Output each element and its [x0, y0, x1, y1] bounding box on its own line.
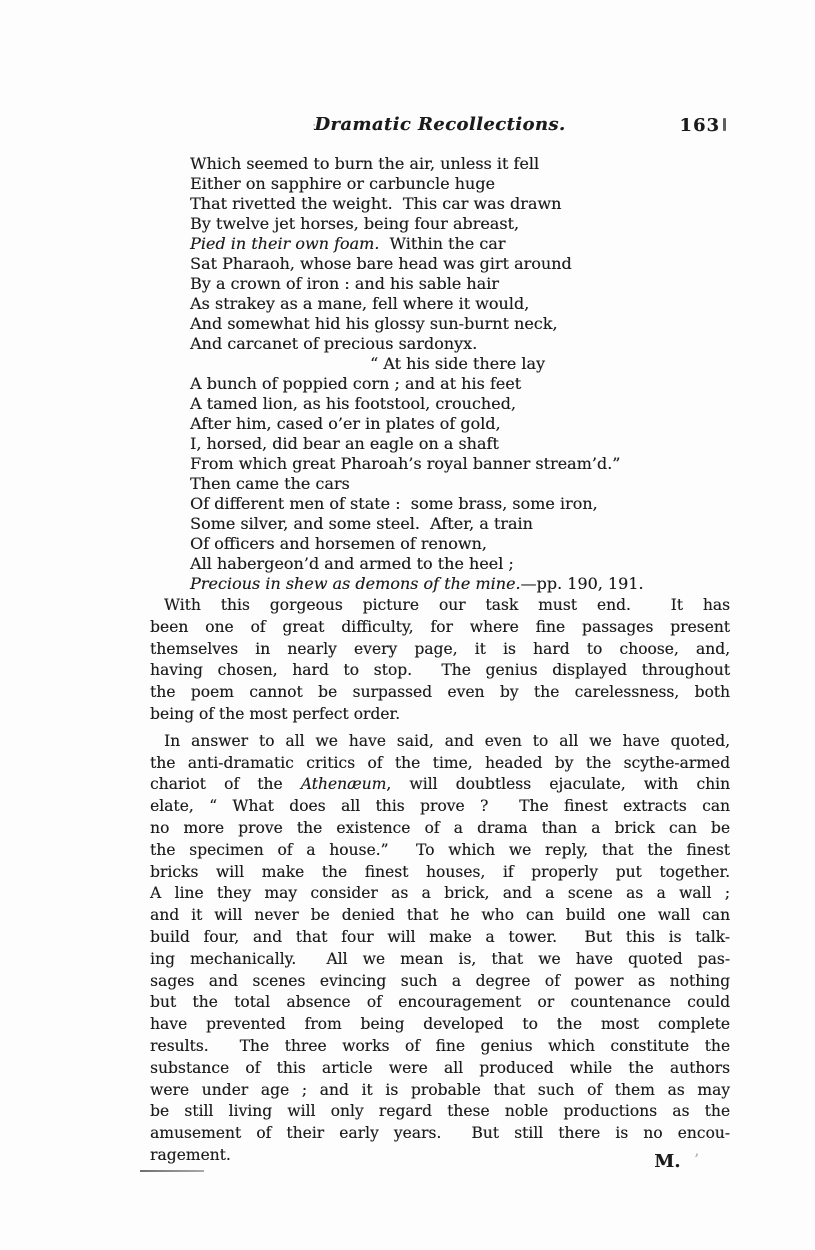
text-run: amusement of their early years. But stil… [150, 1124, 730, 1142]
author-signature: M. [654, 1151, 680, 1172]
paragraph-line: the poem cannot be surpassed even by the… [150, 682, 730, 704]
poem-extract: Which seemed to burn the air, unless it … [150, 154, 730, 594]
text-run: By twelve jet horses, being four abreast… [190, 214, 519, 233]
text-run: Of different men of state : some brass, … [190, 494, 598, 513]
poem-line: Sat Pharaoh, whose bare head was girt ar… [190, 254, 730, 274]
text-run: That rivetted the weight. This car was d… [190, 194, 561, 213]
paragraph-line: no more prove the existence of a drama t… [150, 818, 730, 840]
paragraph-line: having chosen, hard to stop. The genius … [150, 660, 730, 682]
text-run: And somewhat hid his glossy sun-burnt ne… [190, 314, 558, 333]
text-run: Sat Pharaoh, whose bare head was girt ar… [190, 254, 572, 273]
text-run: being of the most perfect order. [150, 705, 400, 723]
poem-line: Some silver, and some steel. After, a tr… [190, 514, 730, 534]
text-run: I, horsed, did bear an eagle on a shaft [190, 434, 499, 453]
poem-line: Which seemed to burn the air, unless it … [190, 154, 730, 174]
text-run: After him, cased o’er in plates of gold, [190, 414, 501, 433]
text-run: elate, “ What does all this prove ? The … [150, 797, 730, 815]
text-block: : Dramatic Recollections. 163 Which seem… [150, 114, 730, 1177]
scanned-book-page: { "page": { "background": "#fdfdfd", "in… [0, 0, 815, 1250]
paragraph-line: were under age ; and it is probable that… [150, 1080, 730, 1102]
paragraph-line: A line they may consider as a brick, and… [150, 883, 730, 905]
paragraph-line: been one of great difficulty, for where … [150, 617, 730, 639]
poem-line: All habergeon’d and armed to the heel ; [190, 554, 730, 574]
paragraph-line: being of the most perfect order. [150, 704, 730, 726]
poem-line: Either on sapphire or carbuncle huge [190, 174, 730, 194]
paragraph-line: and it will never be denied that he who … [150, 905, 730, 927]
text-run: , will doubtless ejaculate, with chin [386, 775, 730, 793]
poem-line: After him, cased o’er in plates of gold, [190, 414, 730, 434]
text-run: And carcanet of precious sardonyx. [190, 334, 477, 353]
text-run: the poem cannot be surpassed even by the… [150, 683, 730, 701]
poem-line: I, horsed, did bear an eagle on a shaft [190, 434, 730, 454]
review-body: With this gorgeous picture our task must… [150, 595, 730, 1167]
text-run: results. The three works of fine genius … [150, 1037, 730, 1055]
poem-line: “ At his side there lay [190, 354, 730, 374]
poem-line: A bunch of poppied corn ; and at his fee… [190, 374, 730, 394]
scan-speck: : [312, 119, 316, 134]
paragraph: In answer to all we have said, and even … [150, 731, 730, 1167]
text-run: By a crown of iron : and his sable hair [190, 274, 499, 293]
paragraph-line: ing mechanically. All we mean is, that w… [150, 949, 730, 971]
paragraph-line: results. The three works of fine genius … [150, 1036, 730, 1058]
text-run: build four, and that four will make a to… [150, 928, 730, 946]
text-run: Within the car [379, 234, 505, 253]
text-run: been one of great difficulty, for where … [150, 618, 730, 636]
text-run: themselves in nearly every page, it is h… [150, 640, 730, 658]
paragraph-line: bricks will make the finest houses, if p… [150, 862, 730, 884]
text-run: the anti-dramatic critics of the time, h… [150, 754, 730, 772]
page-number: 163 [679, 115, 720, 136]
scan-speck: ’ [694, 1152, 699, 1167]
text-run: chariot of the [150, 775, 301, 793]
ink-smudge [723, 118, 726, 131]
text-run: A bunch of poppied corn ; and at his fee… [190, 374, 521, 393]
running-header: : Dramatic Recollections. 163 [150, 114, 730, 138]
page-header-title: Dramatic Recollections. [150, 114, 730, 135]
text-run: In answer to all we have said, and even … [164, 732, 730, 750]
paragraph-line: the anti-dramatic critics of the time, h… [150, 753, 730, 775]
text-run: but the total absence of encouragement o… [150, 993, 730, 1011]
text-run: sages and scenes evincing such a degree … [150, 972, 730, 990]
footnote-rule [140, 1170, 204, 1172]
paragraph-line: themselves in nearly every page, it is h… [150, 639, 730, 661]
italic-text-run: Precious in shew as demons of the mine. [190, 574, 521, 593]
poem-line: By twelve jet horses, being four abreast… [190, 214, 730, 234]
paragraph-line: sages and scenes evincing such a degree … [150, 971, 730, 993]
text-run: bricks will make the finest houses, if p… [150, 863, 730, 881]
paragraph-line: substance of this article were all produ… [150, 1058, 730, 1080]
paragraph-line: build four, and that four will make a to… [150, 927, 730, 949]
paragraph-line: amusement of their early years. But stil… [150, 1123, 730, 1145]
text-run: Which seemed to burn the air, unless it … [190, 154, 539, 173]
italic-text-run: Pied in their own foam. [190, 234, 379, 253]
text-run: the specimen of a house.” To which we re… [150, 841, 730, 859]
text-run: were under age ; and it is probable that… [150, 1081, 730, 1099]
text-run: Either on sapphire or carbuncle huge [190, 174, 495, 193]
paragraph-line: elate, “ What does all this prove ? The … [150, 796, 730, 818]
paragraph-line: the specimen of a house.” To which we re… [150, 840, 730, 862]
footer: M.’ [150, 1151, 730, 1177]
text-run: —pp. 190, 191. [521, 574, 644, 593]
text-run: ing mechanically. All we mean is, that w… [150, 950, 730, 968]
paragraph-line: With this gorgeous picture our task must… [150, 595, 730, 617]
paragraph-line: In answer to all we have said, and even … [150, 731, 730, 753]
poem-line: A tamed lion, as his footstool, crouched… [190, 394, 730, 414]
text-run: no more prove the existence of a drama t… [150, 819, 730, 837]
poem-line: Of different men of state : some brass, … [190, 494, 730, 514]
poem-line: Precious in shew as demons of the mine.—… [190, 574, 730, 594]
text-run: and it will never be denied that he who … [150, 906, 730, 924]
text-run: From which great Pharoah’s royal banner … [190, 454, 620, 473]
text-run: “ At his side there lay [370, 354, 545, 373]
paragraph-line: but the total absence of encouragement o… [150, 992, 730, 1014]
poem-line: Of officers and horsemen of renown, [190, 534, 730, 554]
text-run: having chosen, hard to stop. The genius … [150, 661, 730, 679]
paragraph: With this gorgeous picture our task must… [150, 595, 730, 726]
text-run: Of officers and horsemen of renown, [190, 534, 487, 553]
text-run: A line they may consider as a brick, and… [150, 884, 730, 902]
poem-line: Then came the cars [190, 474, 730, 494]
text-run: As strakey as a mane, fell where it woul… [190, 294, 529, 313]
text-run: A tamed lion, as his footstool, crouched… [190, 394, 516, 413]
paragraph-line: have prevented from being developed to t… [150, 1014, 730, 1036]
paragraph-line: chariot of the Athenæum, will doubtless … [150, 774, 730, 796]
poem-line: Pied in their own foam. Within the car [190, 234, 730, 254]
paragraph-line: be still living will only regard these n… [150, 1101, 730, 1123]
poem-line: And somewhat hid his glossy sun-burnt ne… [190, 314, 730, 334]
text-run: Then came the cars [190, 474, 350, 493]
poem-line: By a crown of iron : and his sable hair [190, 274, 730, 294]
poem-line: From which great Pharoah’s royal banner … [190, 454, 730, 474]
text-run: Some silver, and some steel. After, a tr… [190, 514, 533, 533]
text-run: be still living will only regard these n… [150, 1102, 730, 1120]
text-run: substance of this article were all produ… [150, 1059, 730, 1077]
poem-line: That rivetted the weight. This car was d… [190, 194, 730, 214]
text-run: have prevented from being developed to t… [150, 1015, 730, 1033]
poem-line: And carcanet of precious sardonyx. [190, 334, 730, 354]
italic-text-run: Athenæum [301, 775, 387, 793]
poem-line: As strakey as a mane, fell where it woul… [190, 294, 730, 314]
text-run: All habergeon’d and armed to the heel ; [190, 554, 514, 573]
text-run: With this gorgeous picture our task must… [164, 596, 730, 614]
